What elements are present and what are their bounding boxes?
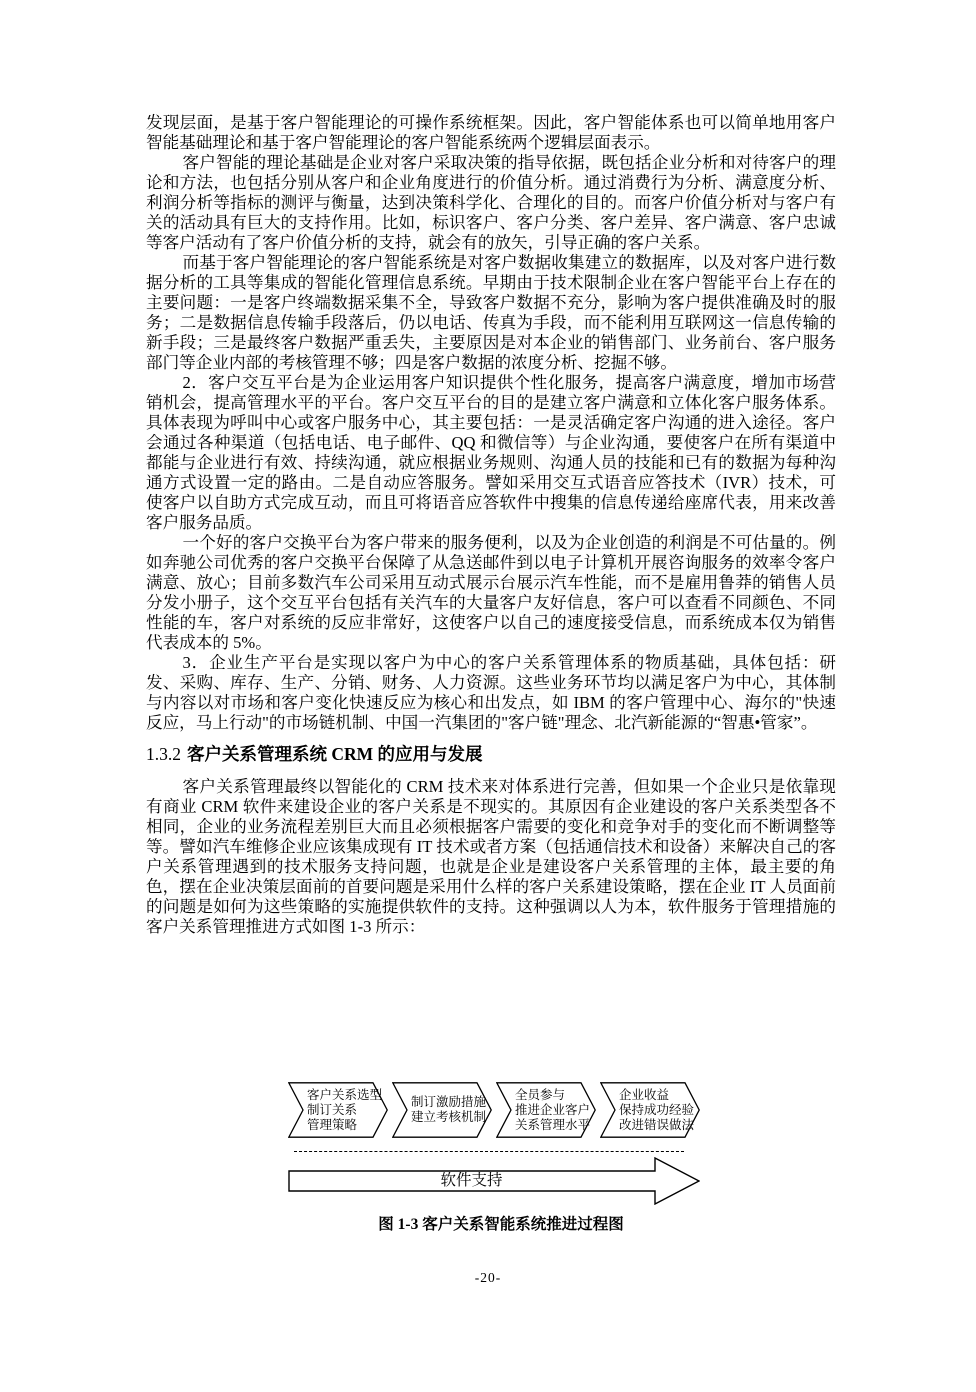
process-step-label: 企业收益 保持成功经验 改进错误做法 (619, 1082, 698, 1138)
process-step-label: 制订激励措施 建立考核机制 (411, 1082, 490, 1138)
process-step-1: 客户关系选型 制订关系 管理策略 (288, 1082, 388, 1138)
figure-1-3: 客户关系选型 制订关系 管理策略 制订激励措施 建立考核机制 (288, 1082, 700, 1234)
process-steps: 客户关系选型 制订关系 管理策略 制订激励措施 建立考核机制 (288, 1082, 700, 1138)
process-step-label: 全员参与 推进企业客户 关系管理水平 (515, 1082, 594, 1138)
process-step-label: 客户关系选型 制订关系 管理策略 (307, 1082, 386, 1138)
paragraph: 发现层面，是基于客户智能理论的可操作系统框架。因此，客户智能体系也可以简单地用客… (146, 113, 836, 153)
document-page: 发现层面，是基于客户智能理论的可操作系统框架。因此，客户智能体系也可以简单地用客… (0, 0, 976, 1392)
paragraph: 而基于客户智能理论的客户智能系统是对客户数据收集建立的数据库，以及对客户进行数据… (146, 253, 836, 373)
arrow-label: 软件支持 (288, 1171, 655, 1191)
paragraph: 客户智能的理论基础是企业对客户采取决策的指导依据，既包括企业分析和对待客户的理论… (146, 153, 836, 253)
section-number: 1.3.2 (146, 744, 181, 764)
figure-caption: 图 1-3 客户关系智能系统推进过程图 (288, 1212, 700, 1234)
paragraph: 3．企业生产平台是实现以客户为中心的客户关系管理体系的物质基础，具体包括：研发、… (146, 653, 836, 733)
dashed-divider (294, 1151, 684, 1152)
paragraph: 客户关系管理最终以智能化的 CRM 技术来对体系进行完善，但如果一个企业只是依靠… (146, 777, 836, 937)
page-number: -20- (0, 1270, 976, 1286)
process-step-4: 企业收益 保持成功经验 改进错误做法 (600, 1082, 700, 1138)
paragraph: 2．客户交互平台是为企业运用客户知识提供个性化服务，提高客户满意度，增加市场营销… (146, 373, 836, 533)
section-title: 客户关系管理系统 CRM 的应用与发展 (187, 744, 483, 764)
paragraph: 一个好的客户交换平台为客户带来的服务便利，以及为企业创造的利润是不可估量的。例如… (146, 533, 836, 653)
process-step-3: 全员参与 推进企业客户 关系管理水平 (496, 1082, 596, 1138)
process-step-2: 制订激励措施 建立考核机制 (392, 1082, 492, 1138)
section-heading: 1.3.2客户关系管理系统 CRM 的应用与发展 (146, 742, 836, 766)
body-text: 发现层面，是基于客户智能理论的可操作系统框架。因此，客户智能体系也可以简单地用客… (146, 113, 836, 937)
software-support-arrow: 软件支持 (288, 1157, 700, 1205)
